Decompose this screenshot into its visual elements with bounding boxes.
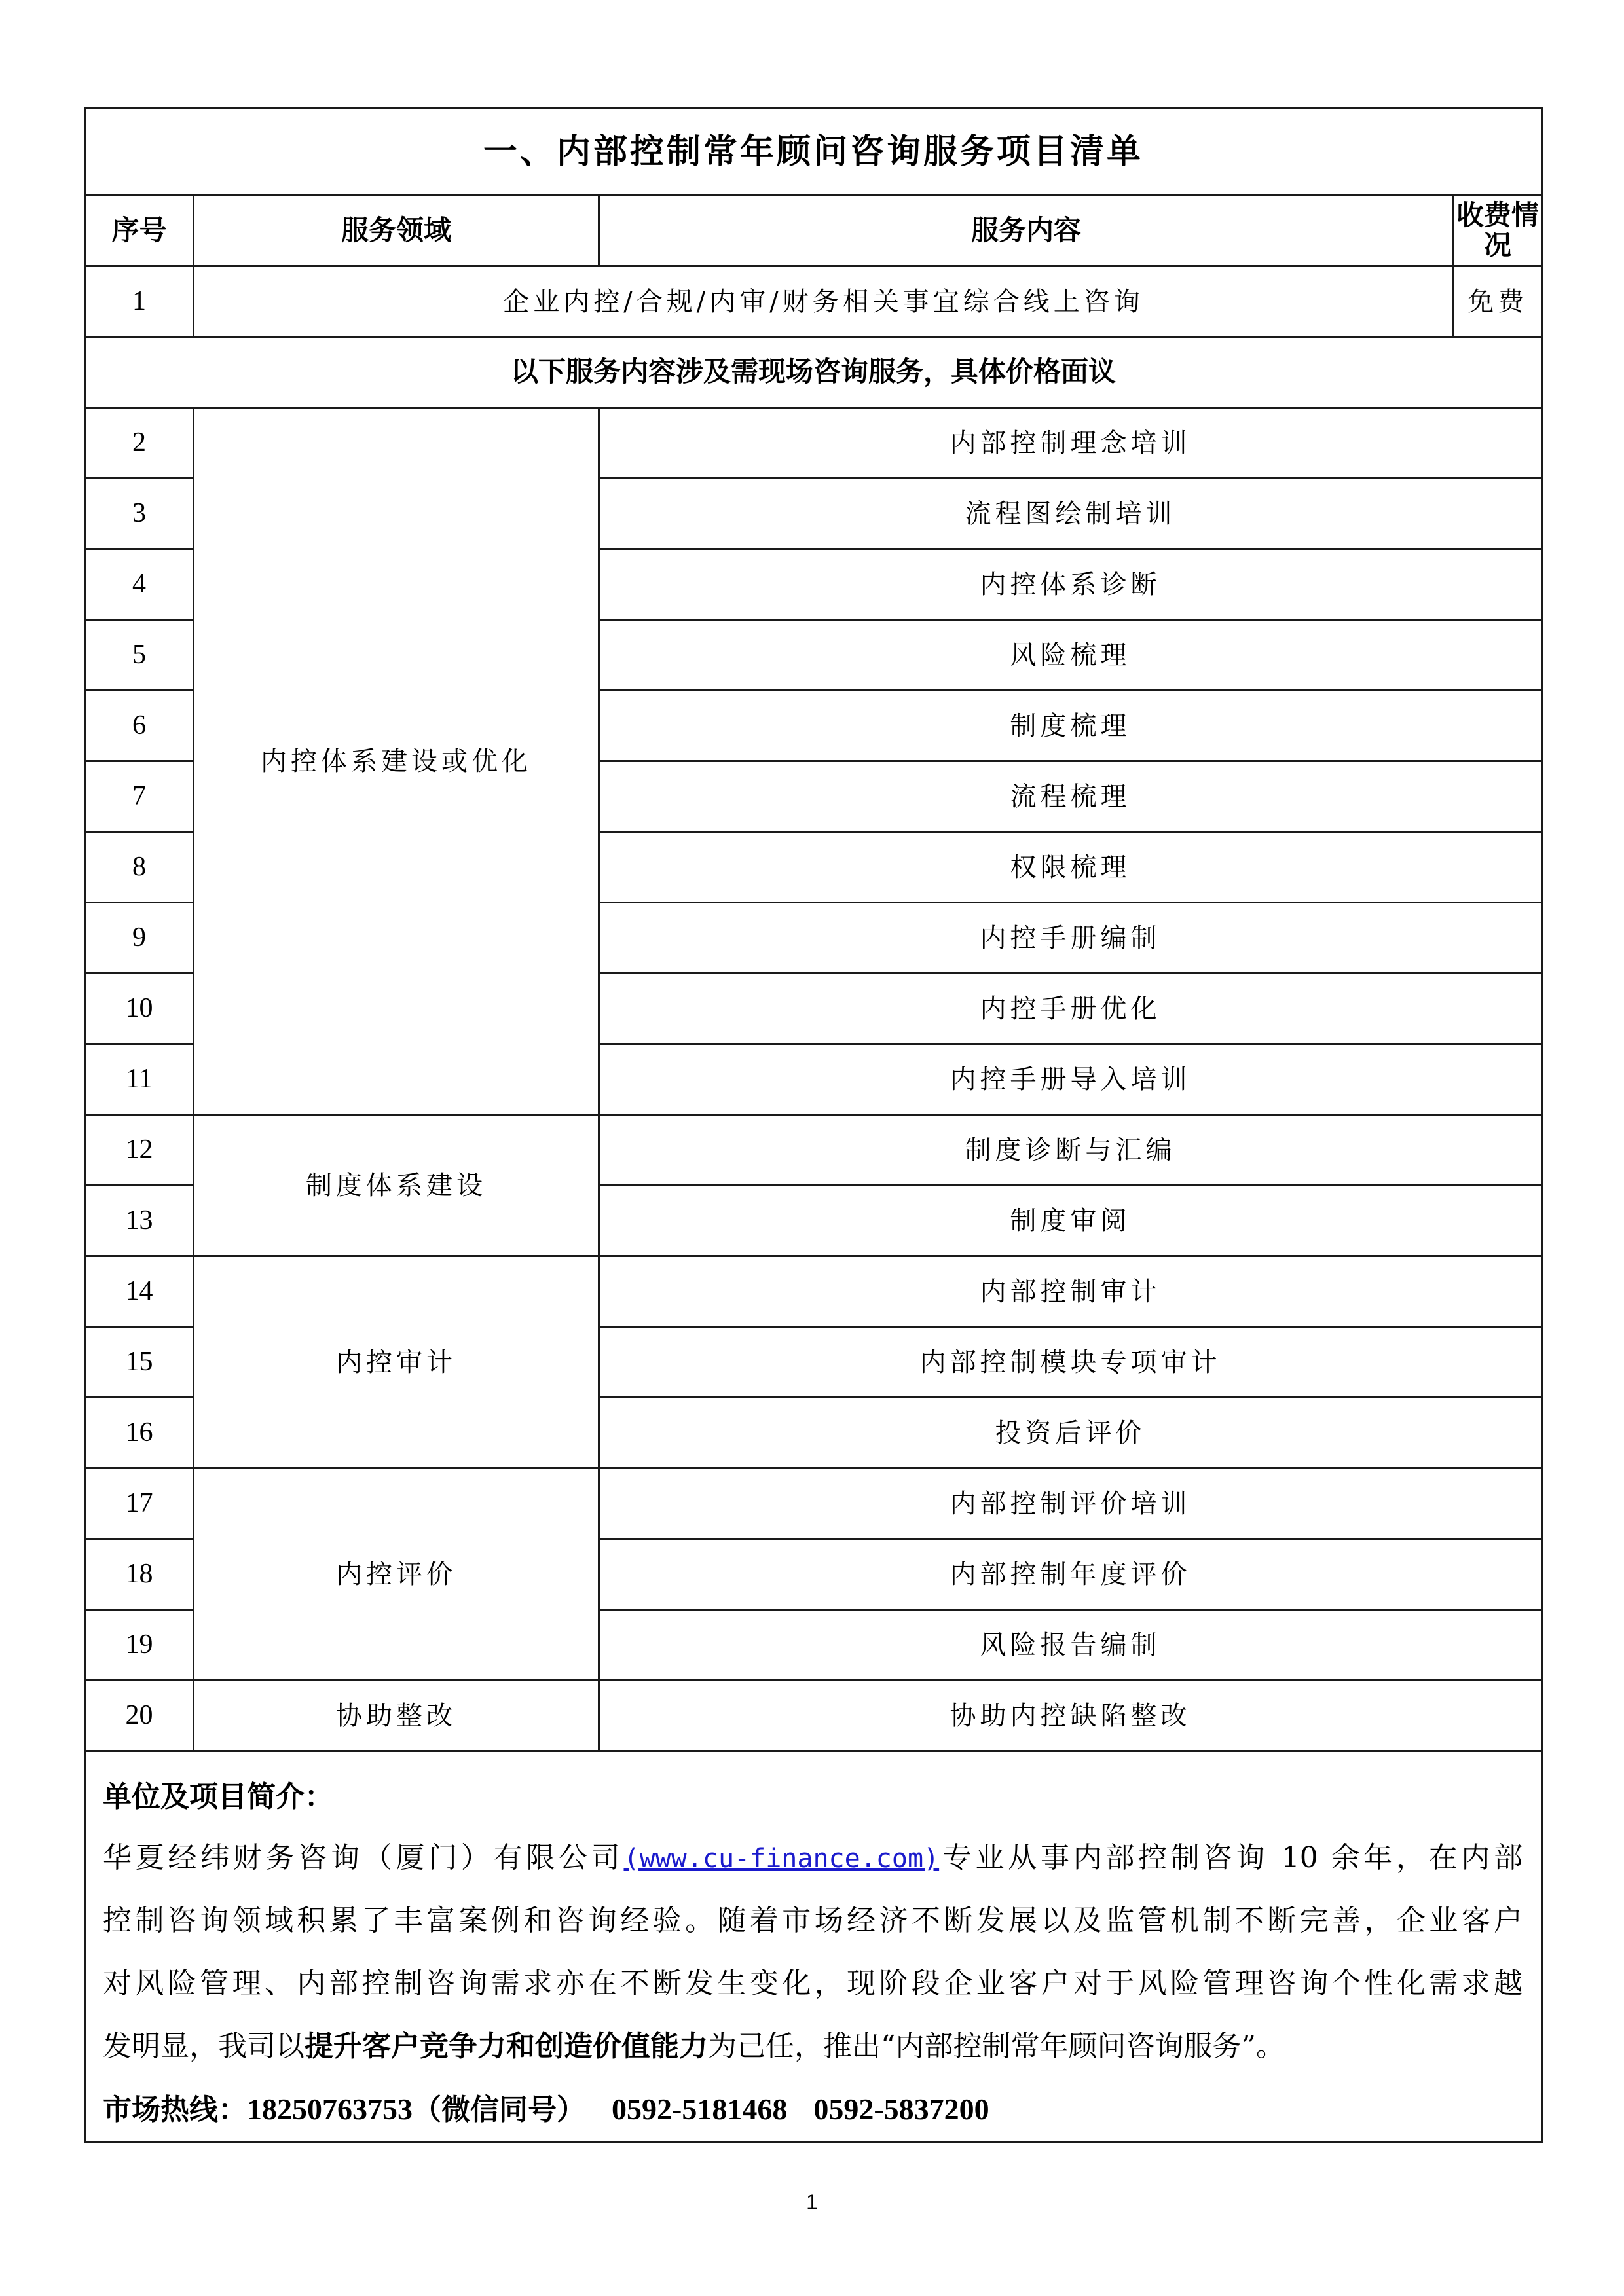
row-seq: 11: [85, 1044, 194, 1115]
table-row: 14 内控审计 内部控制审计: [85, 1256, 1542, 1327]
table-row: 1 企业内控/合规/内审/财务相关事宜综合线上咨询 免费: [85, 266, 1542, 337]
service-list-table: 一、内部控制常年顾问咨询服务项目清单 序号 服务领域 服务内容 收费情况 1 企…: [84, 107, 1543, 2143]
row-seq: 15: [85, 1327, 194, 1398]
hotline-phone-1: 0592-5181468: [612, 2092, 787, 2126]
row-content: 内部控制模块专项审计: [599, 1327, 1542, 1398]
row-domain: 内控审计: [194, 1256, 599, 1468]
row-domain: 协助整改: [194, 1681, 599, 1751]
row-seq: 19: [85, 1610, 194, 1681]
intro-line-2: 控制咨询领域积累了丰富案例和咨询经验。随着市场经济不断发展以及监管机制不断完善，…: [103, 1889, 1522, 1952]
row-content: 制度诊断与汇编: [599, 1115, 1542, 1186]
header-seq: 序号: [85, 195, 194, 266]
row-domain: 内控评价: [194, 1468, 599, 1681]
row-content: 制度梳理: [599, 691, 1542, 761]
hotline-label: 市场热线：: [103, 2093, 247, 2126]
row-content: 流程梳理: [599, 761, 1542, 832]
row-domain: 制度体系建设: [194, 1115, 599, 1256]
row-content: 内控手册优化: [599, 974, 1542, 1044]
hotline-mobile: 18250763753: [247, 2092, 413, 2126]
table-row: 20 协助整改 协助内控缺陷整改: [85, 1681, 1542, 1751]
row-seq: 18: [85, 1539, 194, 1610]
row-seq: 10: [85, 974, 194, 1044]
row-content: 风险报告编制: [599, 1610, 1542, 1681]
row-seq: 16: [85, 1398, 194, 1468]
row-content: 内控手册导入培训: [599, 1044, 1542, 1115]
header-content: 服务内容: [599, 195, 1454, 266]
hotline-line: 市场热线：18250763753（微信同号）0592-51814680592-5…: [103, 2078, 1522, 2141]
table-row: 17 内控评价 内部控制评价培训: [85, 1468, 1542, 1539]
document-page: 一、内部控制常年顾问咨询服务项目清单 序号 服务领域 服务内容 收费情况 1 企…: [0, 0, 1624, 2296]
row-seq: 6: [85, 691, 194, 761]
row-content: 内控手册编制: [599, 903, 1542, 974]
onsite-notice: 以下服务内容涉及需现场咨询服务，具体价格面议: [85, 337, 1542, 408]
row-seq: 13: [85, 1186, 194, 1256]
row-content: 内部控制审计: [599, 1256, 1542, 1327]
row-content: 内部控制评价培训: [599, 1468, 1542, 1539]
company-website-link[interactable]: (www.cu-finance.com): [623, 1844, 939, 1874]
table-row: 2 内控体系建设或优化 内部控制理念培训: [85, 408, 1542, 479]
hotline-phone-2: 0592-5837200: [813, 2092, 989, 2126]
intro-emphasis: 提升客户竞争力和创造价值能力: [304, 2030, 708, 2063]
company-intro-section: 单位及项目简介： 华夏经纬财务咨询（厦门）有限公司(www.cu-finance…: [85, 1751, 1542, 2142]
row-seq: 8: [85, 832, 194, 903]
row-seq: 17: [85, 1468, 194, 1539]
row-content: 内控体系诊断: [599, 549, 1542, 620]
row-seq: 2: [85, 408, 194, 479]
header-fee: 收费情况: [1454, 195, 1542, 266]
row-content: 投资后评价: [599, 1398, 1542, 1468]
row-fee: 免费: [1454, 266, 1542, 337]
table-header-row: 序号 服务领域 服务内容 收费情况: [85, 195, 1542, 266]
intro-line-1: 华夏经纬财务咨询（厦门）有限公司(www.cu-finance.com)专业从事…: [103, 1827, 1522, 1889]
row-seq: 4: [85, 549, 194, 620]
header-domain: 服务领域: [194, 195, 599, 266]
row-seq: 3: [85, 479, 194, 549]
row-content: 流程图绘制培训: [599, 479, 1542, 549]
row-content: 内部控制年度评价: [599, 1539, 1542, 1610]
row-content: 风险梳理: [599, 620, 1542, 691]
row-content: 协助内控缺陷整改: [599, 1681, 1542, 1751]
intro-heading: 单位及项目简介：: [103, 1768, 1522, 1827]
hotline-mobile-note: （微信同号）: [413, 2093, 585, 2126]
row-seq: 1: [85, 266, 194, 337]
row-seq: 20: [85, 1681, 194, 1751]
row-seq: 5: [85, 620, 194, 691]
table-title: 一、内部控制常年顾问咨询服务项目清单: [85, 109, 1542, 195]
row-domain: 内控体系建设或优化: [194, 408, 599, 1115]
row-content: 内部控制理念培训: [599, 408, 1542, 479]
intro-text: 发明显，我司以: [103, 2030, 304, 2063]
row-seq: 14: [85, 1256, 194, 1327]
company-name: 华夏经纬财务咨询（厦门）有限公司: [103, 1841, 623, 1874]
intro-text: 为己任，推出“内部控制常年顾问咨询服务”。: [708, 2030, 1285, 2063]
intro-text: 专业从事内部控制咨询 10 余年，在内部: [939, 1841, 1522, 1874]
row-content: 制度审阅: [599, 1186, 1542, 1256]
page-number: 1: [0, 2190, 1624, 2214]
row-content: 企业内控/合规/内审/财务相关事宜综合线上咨询: [194, 266, 1454, 337]
row-seq: 7: [85, 761, 194, 832]
row-seq: 12: [85, 1115, 194, 1186]
row-seq: 9: [85, 903, 194, 974]
row-content: 权限梳理: [599, 832, 1542, 903]
table-row: 12 制度体系建设 制度诊断与汇编: [85, 1115, 1542, 1186]
intro-line-4: 发明显，我司以提升客户竞争力和创造价值能力为己任，推出“内部控制常年顾问咨询服务…: [103, 2015, 1522, 2078]
intro-line-3: 对风险管理、内部控制咨询需求亦在不断发生变化，现阶段企业客户对于风险管理咨询个性…: [103, 1952, 1522, 2015]
